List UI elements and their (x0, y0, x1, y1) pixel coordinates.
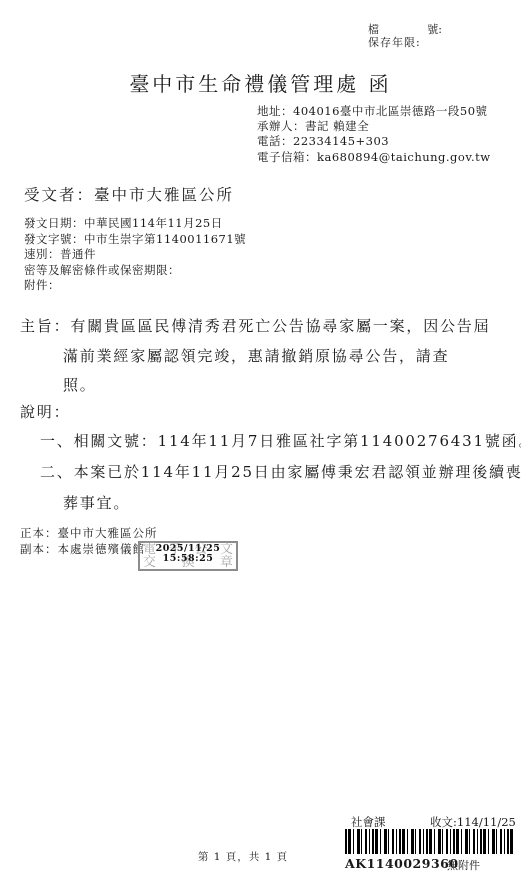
file-number-row: 檔 號: (368, 23, 442, 36)
description-item-2-line-2: 葬事宜。 (63, 492, 130, 513)
document-meta-block: 發文日期：中華民國114年11月25日 發文字號：中市生崇字第114001167… (24, 216, 246, 294)
carbon-copy-line: 副本：本處崇德殯儀館 (20, 541, 145, 557)
received-date-label: 收文:114/11/25 (430, 814, 516, 830)
subject-line-1: 主旨：有關貴區區民傅清秀君死亡公告協尋家屬一案，因公告屆 (20, 315, 490, 336)
stamp-time: 15:58:25 (138, 554, 238, 564)
description-item-2-line-1: 二、本案已於114年11月25日由家屬傅秉宏君認領並辦理後續喪 (40, 461, 521, 482)
document-title: 臺中市生命禮儀管理處 函 (0, 68, 521, 97)
subject-line-3: 照。 (63, 374, 97, 395)
subject-line-2: 滿前業經家屬認領完竣，惠請撤銷原協尋公告，請查 (63, 345, 449, 366)
file-number-colon: 號: (427, 23, 442, 36)
official-letter-page: { "archive": { "file_char": "檔", "file_n… (0, 0, 521, 874)
page-number: 第 1 頁，共 1 頁 (0, 849, 486, 864)
issue-date-line: 發文日期：中華民國114年11月25日 (24, 216, 246, 232)
recipient-line: 受文者：臺中市大雅區公所 (24, 183, 234, 205)
description-item-1: 一、相關文號：114年11月7日雅區社字第11400276431號函。 (40, 430, 521, 451)
stamp-datetime-overlay: 2025/11/25 15:58:25 (138, 544, 238, 564)
original-copy-line: 正本：臺中市大雅區公所 (20, 525, 158, 541)
retention-period-label: 保存年限: (368, 36, 442, 49)
sender-contact-person: 承辦人：書記 賴建全 (257, 119, 491, 134)
speed-class-line: 速別：普通件 (24, 247, 246, 263)
sender-info-block: 地址：404016臺中市北區崇德路一段50號 承辦人：書記 賴建全 電話：223… (257, 104, 491, 165)
sender-phone: 電話：22334145+303 (257, 134, 491, 149)
archive-number-block: 檔 號: 保存年限: (368, 23, 442, 49)
description-label: 說明： (20, 401, 70, 422)
doc-number-line: 發文字號：中市生崇字第1140011671號 (24, 232, 246, 248)
file-number-char: 檔 (368, 23, 379, 36)
sender-email: 電子信箱：ka680894@taichung.gov.tw (257, 150, 491, 165)
sender-address: 地址：404016臺中市北區崇德路一段50號 (257, 104, 491, 119)
receiving-dept-label: 社會課 (351, 814, 386, 830)
attachment-line: 附件： (24, 278, 246, 294)
security-class-line: 密等及解密條件或保密期限： (24, 263, 246, 279)
